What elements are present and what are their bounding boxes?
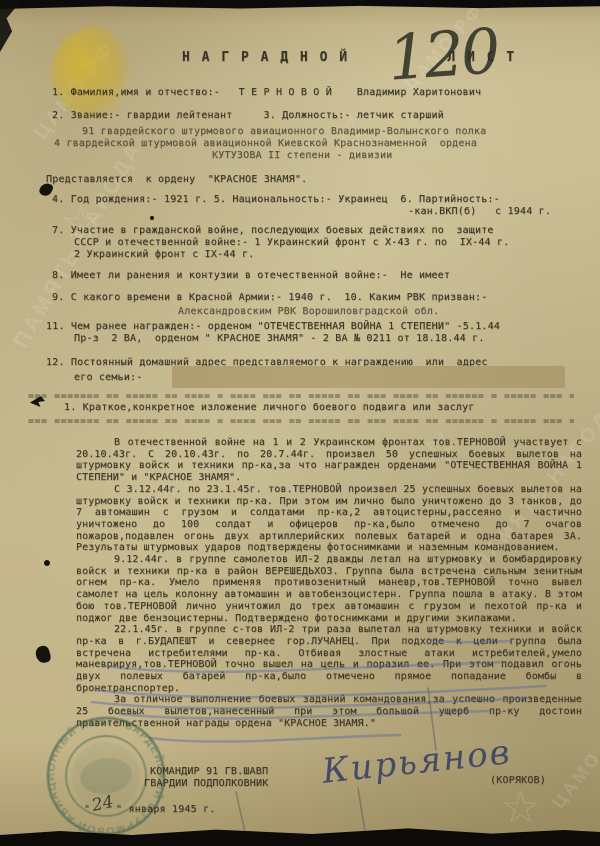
handwritten-signature: Кирьянов xyxy=(320,732,513,792)
date-typed: " января 1945 г. xyxy=(116,804,216,816)
field-previous-awards-line2: Пр-з 2 ВА, орденом " КРАСНОЕ ЗНАМЯ" - 2 … xyxy=(74,333,485,345)
signer-position-line2: ГВАРДИИ ПОДПОЛКОВНИК xyxy=(144,778,268,790)
paragraph-mission-9-12-44: 9.12.44г. в группе самолетов ИЛ-2 дважды… xyxy=(76,554,582,624)
date-quote-open: " xyxy=(84,804,90,816)
field-war-participation-line1: 7. Участие в гражданской войне, последую… xyxy=(52,225,494,237)
paper-speck xyxy=(150,216,154,220)
scan-edge-top xyxy=(0,0,600,9)
paragraph-sorties-results: С 3.12.44г. по 23.1.45г. тов.ТЕРНОВОЙ пр… xyxy=(76,484,582,554)
signer-name-typed: (КОРЯКОВ) xyxy=(490,775,546,787)
paragraph-mission-22-1-45: 22.1.45г. в группе с-тов ИЛ-2 три раза в… xyxy=(76,624,582,694)
document-page: ЦАМО РФ ПАМЯТЬ НАРОДА ЦАМО РФ ПАМЯТЬ НАР… xyxy=(0,0,600,846)
field-birth-nationality-party: 4. Год рождения:- 1921 г. 5. Национально… xyxy=(52,194,500,206)
watermark-tsamo-3: ЦАМО xyxy=(548,747,600,813)
field-army-since-drafted-by: 9. С какого времени в Красной Армии:- 19… xyxy=(52,292,487,304)
redacted-address-block xyxy=(172,366,565,388)
field-previous-awards-line1: 11. Чем ранее награжден:- орденом "ОТЕЧЕ… xyxy=(46,321,500,333)
field-wounds: 8. Имеет ли ранения и контузии в отечест… xyxy=(52,270,450,282)
handwritten-sheet-number: 120 xyxy=(386,14,500,94)
divider-line: === ======= == ===== == ==== = ==== === … xyxy=(28,391,574,402)
paragraph-service-summary: В отечественной войне на 1 и 2 Украинско… xyxy=(76,437,582,484)
divider-line: === ======= == ===== == ==== = ==== === … xyxy=(28,416,574,427)
field-home-address-line2: его семьи:- xyxy=(74,372,142,384)
field-presented-award: Представляется к ордену "КРАСНОЕ ЗНАМЯ". xyxy=(46,174,307,186)
field-war-participation-line2: СССР и отечественной войне:- 1 Украински… xyxy=(74,237,509,249)
watermark-star-icon: ☆ xyxy=(500,780,541,834)
field-unit-line1: 91 гвардейского штурмового авиационного … xyxy=(82,126,486,138)
field-war-participation-line3: 2 Украинский фронт с IX-44 г. xyxy=(74,249,254,261)
section-heading: 1. Краткое,конкретное изложение личного … xyxy=(64,402,475,414)
field-unit-line3: КУТУЗОВА II степени - дивизии xyxy=(212,150,392,162)
paper-hole xyxy=(34,644,52,664)
paper-speck xyxy=(44,560,50,566)
combat-description: В отечественной войне на 1 и 2 Украинско… xyxy=(76,437,582,730)
field-party-continued: -кан.ВКП(б) с 1944 г. xyxy=(408,206,551,218)
signer-position-line1: КОМАНДИР 91 ГВ.ШАВП xyxy=(150,766,268,778)
field-rank-position: 2. Звание:- гвардии лейтенант 3. Должнос… xyxy=(52,110,444,122)
field-name: 1. Фамилия,имя и отчество:- Т Е Р Н О В … xyxy=(52,87,481,99)
field-drafted-by-continued: Александровским РВК Ворошиловградской об… xyxy=(178,306,439,318)
field-unit-line2: 4 гвардейской штурмовой авиационной Киев… xyxy=(54,138,477,150)
